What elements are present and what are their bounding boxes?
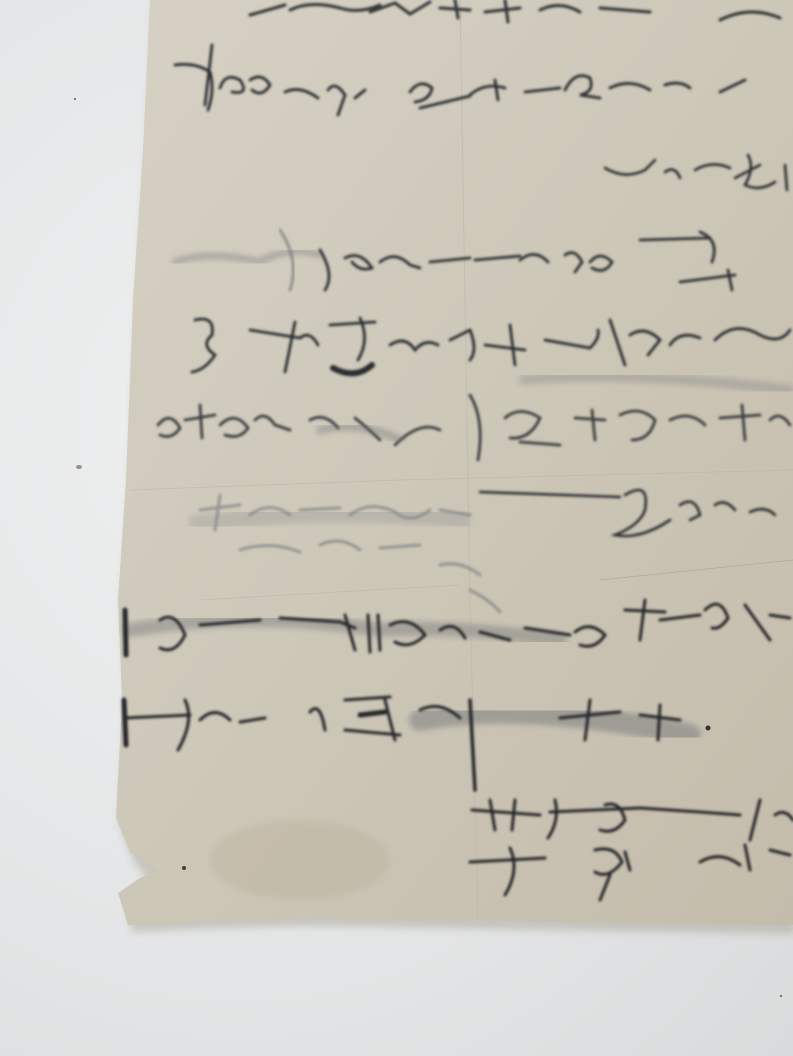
manuscript-sheet	[0, 0, 793, 1056]
paper-body	[116, 0, 793, 925]
photo-scene	[0, 0, 793, 1056]
